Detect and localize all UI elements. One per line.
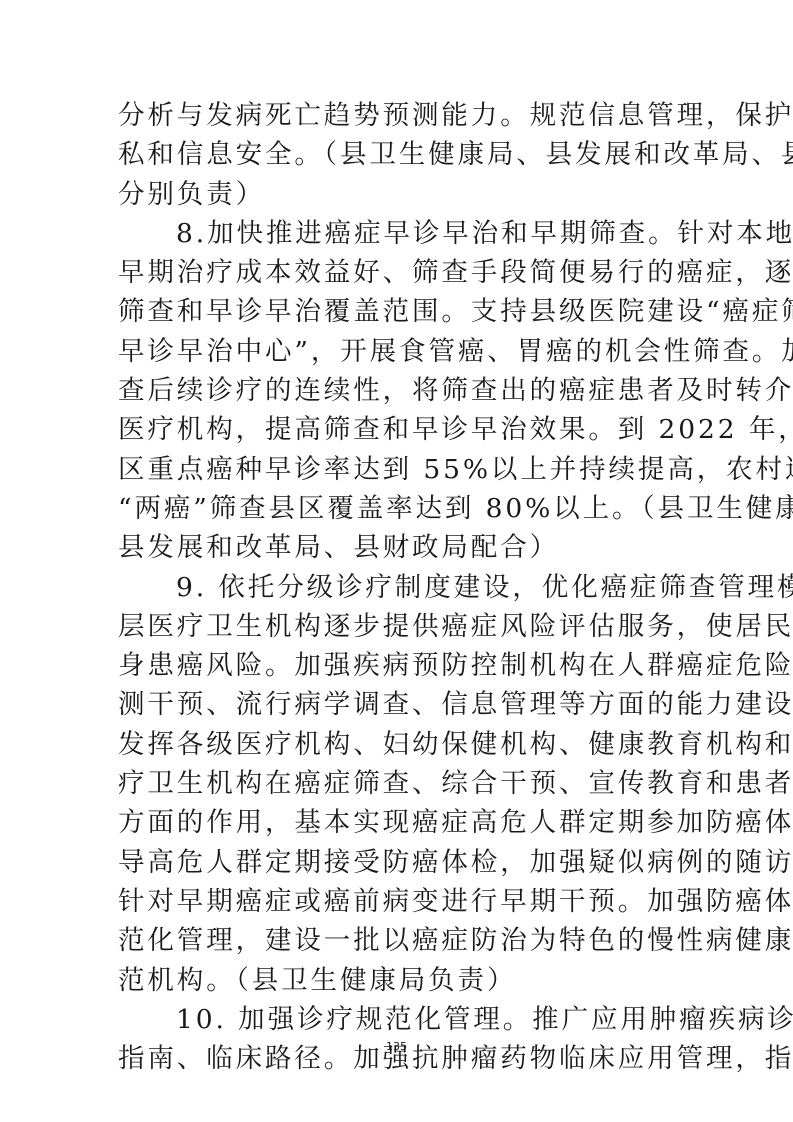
page-number: 135 <box>0 1040 793 1053</box>
text-line: 查后续诊疗的连续性，将筛查出的癌症患者及时转介到相关 <box>118 371 678 410</box>
text-line: 10. 加强诊疗规范化管理。推广应用肿瘤疾病诊疗规范、 <box>118 1000 678 1039</box>
text-line: 范化管理，建设一批以癌症防治为特色的慢性病健康管理示 <box>118 921 678 960</box>
text-line: 测干预、流行病学调查、信息管理等方面的能力建设，充分 <box>118 685 678 724</box>
text-line: 早诊早治中心”，开展食管癌、胃癌的机会性筛查。加强筛 <box>118 332 678 371</box>
text-line: 针对早期癌症或癌前病变进行早期干预。加强防癌体检的规 <box>118 882 678 921</box>
text-line: 范机构。（县卫生健康局负责） <box>118 961 678 1000</box>
text-line: 区重点癌种早诊率达到 55%以上并持续提高，农村适龄妇女 <box>118 450 678 489</box>
text-line: 分别负责） <box>118 175 678 214</box>
body-text: 分析与发病死亡趋势预测能力。规范信息管理，保护患者隐 私和信息安全。（县卫生健康… <box>118 96 678 1078</box>
text-line: 疗卫生机构在癌症筛查、综合干预、宣传教育和患者管理等 <box>118 764 678 803</box>
text-line: “两癌”筛查县区覆盖率达到 80%以上。（县卫生健康局牵头， <box>118 489 678 528</box>
text-line: 导高危人群定期接受防癌体检，加强疑似病例的随访管理， <box>118 843 678 882</box>
text-line: 医疗机构，提高筛查和早诊早治效果。到 2022 年，高发地 <box>118 410 678 449</box>
text-line: 私和信息安全。（县卫生健康局、县发展和改革局、县科协 <box>118 135 678 174</box>
text-line: 身患癌风险。加强疾病预防控制机构在人群癌症危险因素监 <box>118 646 678 685</box>
paragraph-continuation: 分析与发病死亡趋势预测能力。规范信息管理，保护患者隐 私和信息安全。（县卫生健康… <box>118 96 678 214</box>
text-line: 方面的作用，基本实现癌症高危人群定期参加防癌体检，引 <box>118 803 678 842</box>
text-line: 9. 依托分级诊疗制度建设，优化癌症筛查管理模式。基 <box>118 568 678 607</box>
text-line: 发挥各级医疗机构、妇幼保健机构、健康教育机构和基层医 <box>118 725 678 764</box>
text-line: 层医疗卫生机构逐步提供癌症风险评估服务，使居民知晓自 <box>118 607 678 646</box>
text-line: 筛查和早诊早治覆盖范围。支持县级医院建设“癌症筛查和 <box>118 292 678 331</box>
paragraph-item-9: 9. 依托分级诊疗制度建设，优化癌症筛查管理模式。基 层医疗卫生机构逐步提供癌症… <box>118 568 678 1000</box>
text-line: 县发展和改革局、县财政局配合） <box>118 528 678 567</box>
document-page: 分析与发病死亡趋势预测能力。规范信息管理，保护患者隐 私和信息安全。（县卫生健康… <box>0 0 793 1122</box>
paragraph-item-8: 8.加快推进癌症早诊早治和早期筛查。针对本地区高发、 早期治疗成本效益好、筛查手… <box>118 214 678 568</box>
text-line: 早期治疗成本效益好、筛查手段简便易行的癌症，逐步扩大 <box>118 253 678 292</box>
text-line: 分析与发病死亡趋势预测能力。规范信息管理，保护患者隐 <box>118 96 678 135</box>
text-line: 8.加快推进癌症早诊早治和早期筛查。针对本地区高发、 <box>118 214 678 253</box>
